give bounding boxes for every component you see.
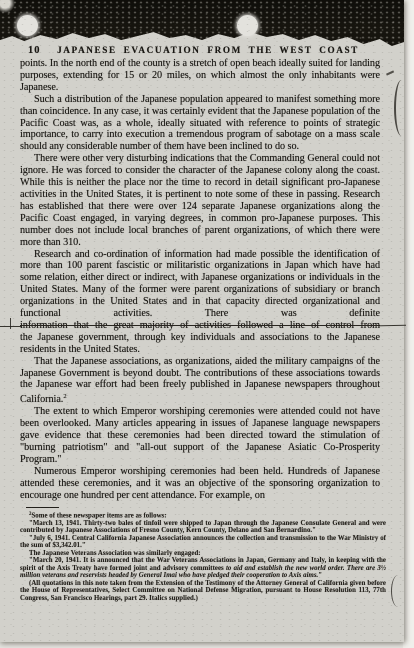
pen-mark-dash	[386, 70, 394, 75]
paragraph: Research and co-ordination of informatio…	[20, 249, 380, 320]
paragraph-continuation: points. In the north end of the county i…	[20, 58, 380, 94]
struck-text: information that the great majority of a…	[20, 320, 380, 331]
footnote-item: "July 6, 1941. Central California Japane…	[20, 535, 386, 550]
paragraph: Numerous Emperor worshiping ceremonies h…	[20, 466, 380, 502]
page-header: 10 JAPANESE EVACUATION FROM THE WEST COA…	[20, 45, 380, 58]
footnote-text: "	[318, 572, 322, 579]
pen-mark-bracket-right	[394, 80, 409, 136]
footnote-item: "March 13, 1941. Thirty-two bales of tin…	[20, 520, 386, 535]
pen-tick-mark	[10, 318, 11, 329]
paragraph-text: That the Japanese associations, as organ…	[20, 356, 380, 406]
paragraph: The extent to which Emperor worshiping c…	[20, 406, 380, 466]
scan-dark-band	[0, 0, 404, 50]
hole-punch-left	[17, 15, 38, 36]
paragraph: That the Japanese associations, as organ…	[20, 356, 380, 407]
page-number: 10	[28, 45, 41, 56]
footnote-block: 2Some of these newspaper items are as fo…	[20, 511, 386, 603]
running-header-title: JAPANESE EVACUATION FROM THE WEST COAST	[20, 45, 380, 55]
footnote-separator	[26, 507, 59, 508]
hole-punch-right	[237, 15, 258, 36]
paragraph: There were other very disturbing indicat…	[20, 153, 380, 248]
paragraph: the Japanese government, through key ind…	[20, 332, 380, 356]
page-body-text: points. In the north end of the county i…	[20, 58, 380, 602]
pen-mark-bracket-lower-right	[391, 575, 405, 607]
footnote-item: The Japanese Veterans Association was si…	[20, 550, 386, 558]
footnote-intro-text: Some of these newspaper items are as fol…	[31, 512, 166, 519]
footnote-reference: 2	[63, 393, 66, 400]
scanned-page: 10 JAPANESE EVACUATION FROM THE WEST COA…	[0, 0, 404, 642]
paragraph: Such a distribution of the Japanese popu…	[20, 94, 380, 154]
footnote-citation: (All quotations in this note taken from …	[20, 580, 386, 603]
pen-struck-text-line: information that the great majority of a…	[20, 320, 380, 332]
footnote-item: "March 20, 1941. It is announced that th…	[20, 557, 386, 580]
footnote-intro: 2Some of these newspaper items are as fo…	[20, 511, 386, 520]
